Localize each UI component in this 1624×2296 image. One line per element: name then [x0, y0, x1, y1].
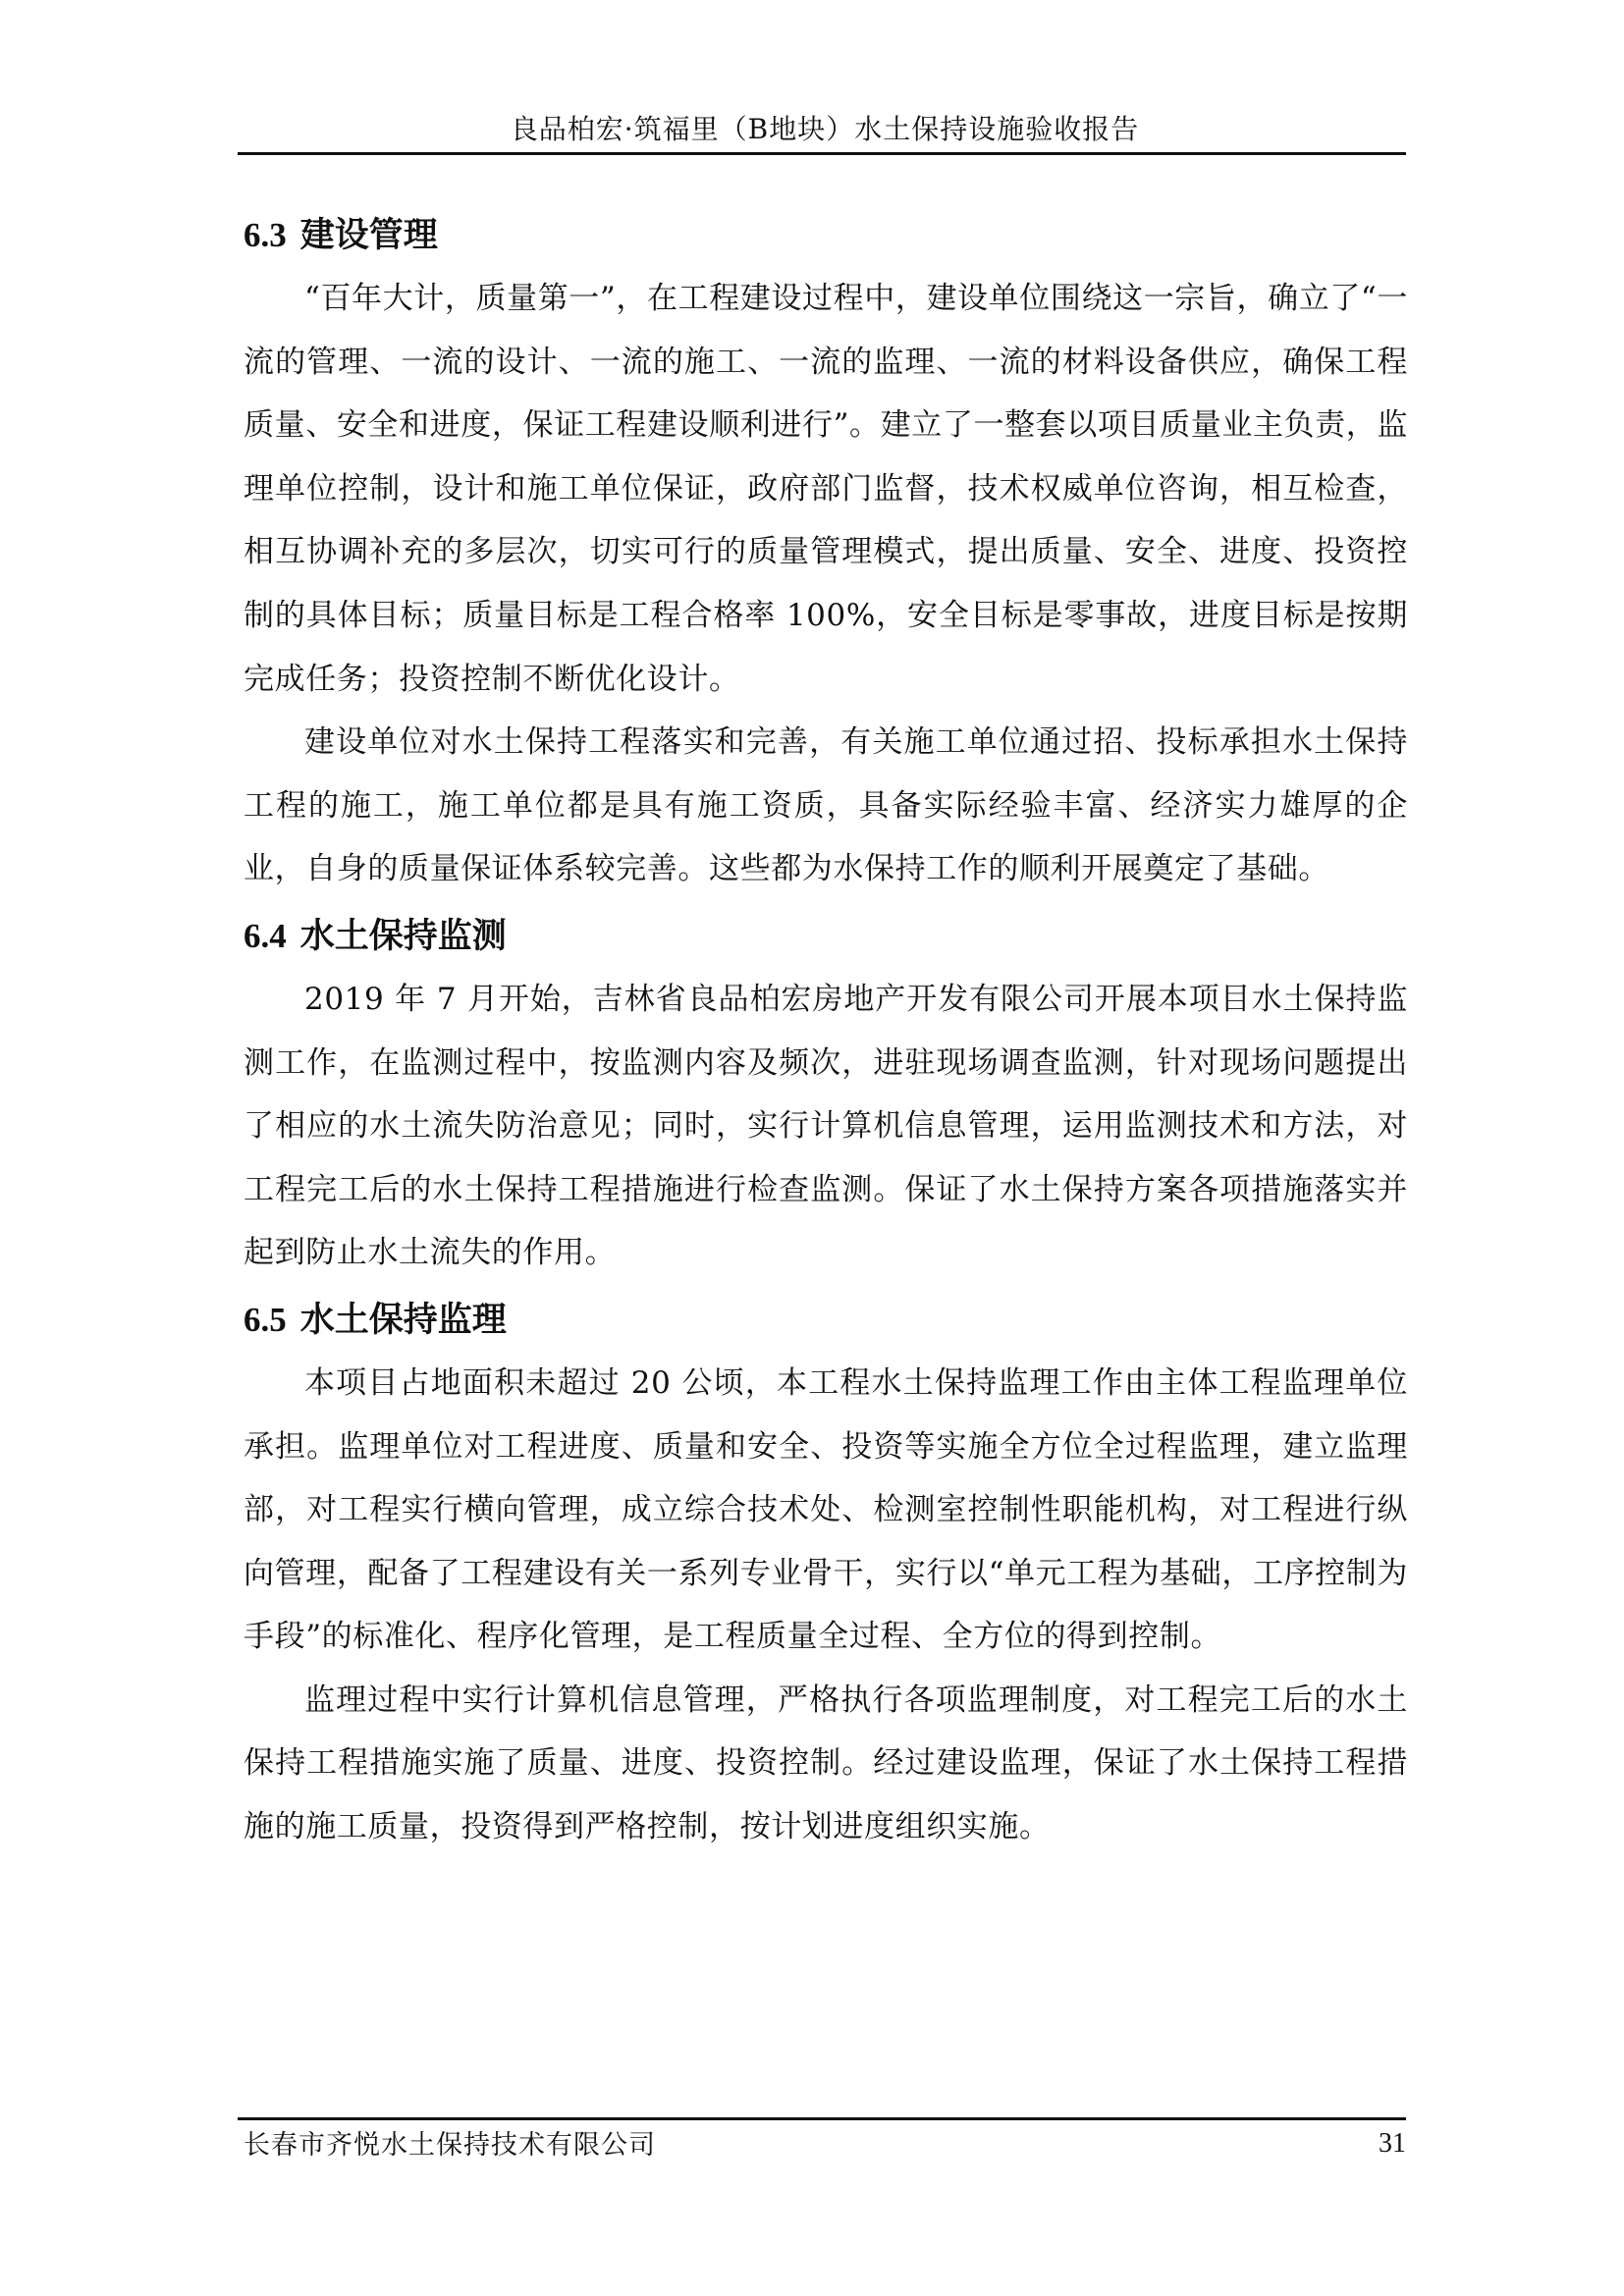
section-title: 水土保持监理 [300, 1300, 507, 1340]
section-heading: 6.5水土保持监理 [244, 1289, 1408, 1352]
section-6-3: 6.3建设管理 “百年大计，质量第一”，在工程建设过程中，建设单位围绕这一宗旨，… [244, 204, 1408, 901]
paragraph: 监理过程中实行计算机信息管理，严格执行各项监理制度，对工程完工后的水土保持工程措… [244, 1669, 1408, 1859]
paragraph: “百年大计，质量第一”，在工程建设过程中，建设单位围绕这一宗旨，确立了“一流的管… [244, 267, 1408, 711]
paragraph: 建设单位对水土保持工程落实和完善，有关施工单位通过招、投标承担水土保持工程的施工… [244, 711, 1408, 901]
section-6-5: 6.5水土保持监理 本项目占地面积未超过 20 公顷，本工程水土保持监理工作由主… [244, 1289, 1408, 1859]
section-number: 6.4 [244, 917, 287, 955]
section-heading: 6.4水土保持监测 [244, 905, 1408, 968]
section-heading: 6.3建设管理 [244, 204, 1408, 267]
section-6-4: 6.4水土保持监测 2019 年 7 月开始，吉林省良品柏宏房地产开发有限公司开… [244, 905, 1408, 1285]
section-title: 建设管理 [300, 215, 438, 255]
footer-divider [238, 2117, 1406, 2120]
header-divider [238, 152, 1406, 155]
page-number: 31 [1379, 2124, 1406, 2163]
document-body: 6.3建设管理 “百年大计，质量第一”，在工程建设过程中，建设单位围绕这一宗旨，… [244, 204, 1408, 1863]
section-title: 水土保持监测 [300, 916, 507, 956]
paragraph: 本项目占地面积未超过 20 公顷，本工程水土保持监理工作由主体工程监理单位承担。… [244, 1352, 1408, 1669]
page-header-title: 良品柏宏·筑福里（B地块）水土保持设施验收报告 [244, 110, 1406, 149]
paragraph: 2019 年 7 月开始，吉林省良品柏宏房地产开发有限公司开展本项目水土保持监测… [244, 968, 1408, 1285]
footer-company: 长春市齐悦水土保持技术有限公司 [244, 2126, 656, 2165]
section-number: 6.5 [244, 1301, 287, 1339]
section-number: 6.3 [244, 216, 287, 254]
